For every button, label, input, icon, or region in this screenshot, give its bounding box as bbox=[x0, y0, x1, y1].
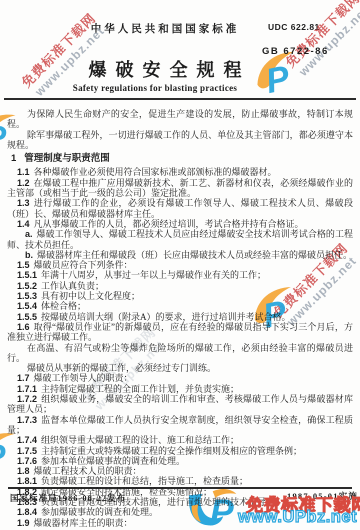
body-line: 1.5.2工作认真负责； bbox=[7, 281, 353, 291]
udc-number: UDC 622.81 bbox=[268, 22, 320, 32]
standard-code: GB 6722-86 bbox=[262, 46, 329, 57]
svg-text:P: P bbox=[0, 119, 6, 154]
body-line: 1.7.1主持制定爆破工程的全面工作计划，并负责实施； bbox=[7, 384, 353, 394]
body-line: 1.6取得“爆破员作业证”的新爆破员，应在有经验的爆破员指导下实习三个月后，方准… bbox=[7, 322, 353, 343]
national-standard-label: 中华人民共和国国家标准 bbox=[30, 21, 300, 36]
header-rule bbox=[4, 98, 356, 100]
body-line: 除军事爆破工程外，一切进行爆破工作的人员、单位及其主管部门，都必须遵守本规程。 bbox=[7, 130, 353, 151]
body-line: a.爆破工作领导人、爆破工程技术人员应由经过爆破安全技术培训考试合格的工程师、技… bbox=[7, 229, 353, 250]
body-line: 为保障人民生命财产的安全，促进生产建设的发展，防止爆破事故，特制订本规程。 bbox=[7, 109, 353, 130]
body-line: 1.5.4体检合格； bbox=[7, 301, 353, 311]
body-line: 1.2在爆破工程中推广应用爆破新技术、新工艺、新器材和仪表，必须经爆破作业的主管… bbox=[7, 178, 353, 199]
body-line: 1.5.1年满十八周岁，从事过一年以上与爆破作业有关的工作； bbox=[7, 270, 353, 280]
body-line: 1.5.3具有初中以上文化程度； bbox=[7, 291, 353, 301]
body-line: 1.5.5按爆破员培训大纲（附录A）的要求，进行过培训并考试合格。 bbox=[7, 312, 353, 322]
svg-text:P: P bbox=[0, 438, 6, 474]
body-line: 1.8.1负责爆破工程的设计和总结，指导施工，检查质量； bbox=[7, 476, 353, 486]
body-line: b.爆破器材库主任和爆破段（班）长应由爆破技术人员或经验丰富的爆破员担任。 bbox=[7, 250, 353, 260]
body-lines: 为保障人民生命财产的安全，促进生产建设的发展，防止爆破事故，特制订本规程。除军事… bbox=[7, 109, 353, 528]
body-line: 1.7.4组织领导重大爆破工程的设计、施工和总结工作； bbox=[7, 435, 353, 445]
english-subtitle: Safety regulations for blasting practice… bbox=[20, 83, 290, 93]
body-line: 1.7.2组织爆破业务，爆破安全的培训工作和审查、考核爆破工作人员与爆破器材库管… bbox=[7, 394, 353, 415]
body-line: 1.7.6参加本单位爆破事故的调查和处理。 bbox=[7, 456, 353, 466]
body-line: 1.8爆破工程技术人员的职责： bbox=[7, 466, 353, 476]
standard-document-page: 免费标准下载网 www.upbz.net 免费标准下载网 www.upbz.ne… bbox=[0, 0, 360, 530]
body-line: 1.4凡从事爆破工作的人员，都必须经过培训，考试合格并持有合格证。 bbox=[7, 219, 353, 229]
body-line: 1.7.5主持制定重大或特殊爆破工程的安全操作细则及相应的管理条例； bbox=[7, 446, 353, 456]
body-line: 1.3进行爆破工作的企业，必须设有爆破工作领导人、爆破工程技术人员、爆破段（班）… bbox=[7, 198, 353, 219]
body-line: 在高温、有沼气或粉尘等爆炸危险场所的爆破工作，必须由经验丰富的爆破员进行。 bbox=[7, 343, 353, 364]
section-heading: 1管理制度与职责范围 bbox=[7, 154, 353, 164]
body-line: 1.7.3监督本单位爆破工作人员执行安全规章制度，组织领导安全检查，确保工程质量… bbox=[7, 415, 353, 436]
page-title: 爆破安全规程 bbox=[30, 56, 300, 82]
body-line: 1.1各种爆破作业必须使用符合国家标准或部颁标准的爆破器材。 bbox=[7, 167, 353, 177]
body-line: 1.5爆破员应符合下列条件： bbox=[7, 260, 353, 270]
body-line: 爆破员从事新的爆破工作，必须经过专门训练。 bbox=[7, 363, 353, 373]
watermark-site-url-large: www.UPbz.net bbox=[238, 508, 357, 527]
body-line: 1.7爆破工作领导人的职责： bbox=[7, 373, 353, 383]
